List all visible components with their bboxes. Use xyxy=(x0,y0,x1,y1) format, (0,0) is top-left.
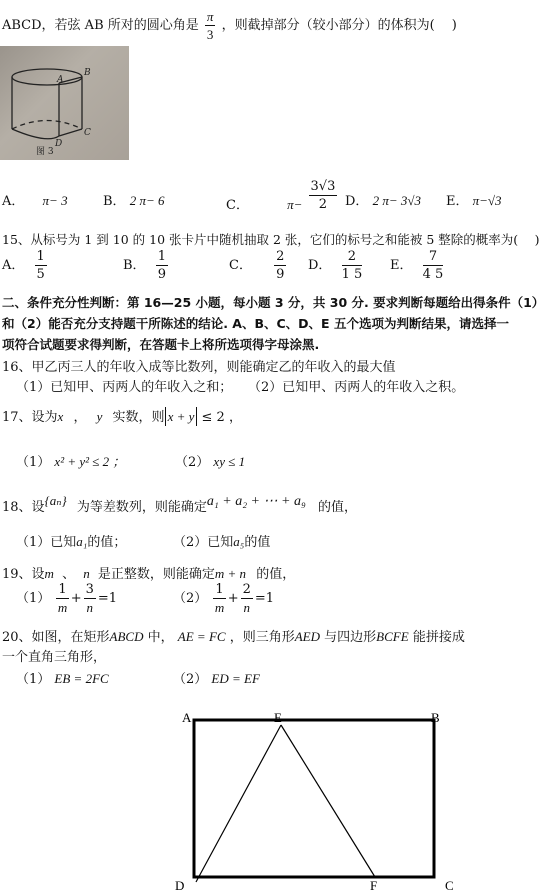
rhs: =1 xyxy=(98,591,117,606)
option-letter: B． xyxy=(103,194,126,209)
section2-line2: 和（2）能否充分支持题干所陈述的结论. A、B、C、D、E 五个选项为判断结果，… xyxy=(2,314,509,332)
q17-cond1: （1） x² + y² ≤ 2 ； xyxy=(16,451,125,470)
operator: + xyxy=(228,591,239,606)
q14-stem-tail: ，则截掉部分（较小部分）的体积为( ) xyxy=(222,18,457,33)
q14-angle-num: π xyxy=(205,10,216,26)
cond-expr: x² + y² ≤ 2 ； xyxy=(54,454,125,469)
q15-option-a: A． 1 5 xyxy=(2,250,49,281)
q16-cond1: （1）已知甲、丙两人的年收入之和； xyxy=(16,376,232,395)
option-letter: D． xyxy=(308,258,331,273)
q18-stem: 18、设{aₙ} 为等差数列，则能确定a₁ + a₂ + ⋯ + a₉ 的值， xyxy=(2,496,357,516)
var-m: m xyxy=(45,566,54,581)
var-y: y xyxy=(97,409,103,424)
rectangle-figure: A E B D F C xyxy=(160,700,460,894)
frac-num: 2 xyxy=(241,583,253,599)
cond-var: a₁ xyxy=(76,534,87,549)
cylinder-figure: A B C D 图 3 xyxy=(0,46,129,160)
label-B: B xyxy=(431,710,440,725)
cond-expr: xy ≤ 1 xyxy=(213,454,245,469)
option-fraction: 2 9 xyxy=(274,250,286,281)
frac-den: 9 xyxy=(274,266,286,281)
cond-prefix: （1）已知 xyxy=(16,535,76,550)
rect-name: ABCD xyxy=(110,629,144,644)
label-D: D xyxy=(175,878,184,893)
q15-option-d: D． 2 1 5 xyxy=(308,250,364,281)
figure-caption: 图 3 xyxy=(36,146,54,157)
frac-num: 2 xyxy=(342,250,363,266)
q18-cond2: （2）已知a₅的值 xyxy=(173,531,270,550)
q20-stem: 20、如图，在矩形ABCD 中， AE = FC ，则三角形AED 与四边形BC… xyxy=(2,626,465,645)
frac-den: m xyxy=(56,599,68,614)
cond-label: （2） xyxy=(173,672,207,687)
option-expr: π− 3 xyxy=(43,193,68,208)
q20-stem-prefix: 20、如图，在矩形 xyxy=(2,630,110,645)
frac-den: 1 5 xyxy=(342,266,363,281)
q20-stem-mid1: 中， xyxy=(148,630,174,645)
option-letter: E． xyxy=(446,194,469,209)
label-C: C xyxy=(84,128,91,138)
frac-num: 3 xyxy=(84,583,96,599)
option-letter: E． xyxy=(390,258,413,273)
cond-var: a₅ xyxy=(233,534,244,549)
q20-line2: 一个直角三角形， xyxy=(2,646,106,665)
q17-stem-mid: 实数，则 xyxy=(113,410,165,425)
label-A: A xyxy=(182,710,192,725)
q17-stem-tail: ≤ 2 ， xyxy=(202,410,242,425)
cond-label: （1） xyxy=(16,455,50,470)
label-B: B xyxy=(83,68,91,78)
q16-cond2: （2）已知甲、丙两人的年收入之积。 xyxy=(248,376,464,395)
q15-option-c: C． 2 9 xyxy=(229,250,288,281)
frac-num: 2 xyxy=(274,250,286,266)
option-expr: 2 π− 3√3 xyxy=(373,193,421,208)
cond-fraction-2: 3 n xyxy=(84,583,96,614)
option-expr-prefix: π− xyxy=(287,197,302,212)
frac-num: 1 xyxy=(56,583,68,599)
operator: + xyxy=(71,591,82,606)
cond-tail: 的值； xyxy=(87,535,126,550)
frac-den: 9 xyxy=(156,266,168,281)
q19-stem-tail: 的值， xyxy=(256,567,295,582)
q20-stem-tail: 能拼接成 xyxy=(413,630,465,645)
option-letter: C． xyxy=(229,258,252,273)
separator: ， xyxy=(73,410,86,425)
separator: 、 xyxy=(62,567,75,582)
label-D: D xyxy=(54,139,62,149)
q14-cylinder-photo: A B C D 图 3 xyxy=(0,46,129,160)
option-expr: 2 π− 6 xyxy=(130,193,165,208)
cond-expr: ED = EF xyxy=(211,671,259,686)
q18-stem-prefix: 18、设 xyxy=(2,500,45,515)
frac-den: 2 xyxy=(309,196,338,211)
given-condition: AE = FC xyxy=(178,629,226,644)
cond-tail: 的值 xyxy=(244,535,270,550)
q20-cond1: （1） EB = 2FC xyxy=(16,668,109,687)
q20-stem-mid3: 与四边形 xyxy=(324,630,376,645)
cond-label: （1） xyxy=(16,591,50,606)
q14-angle-den: 3 xyxy=(205,26,216,41)
frac-num: 1 xyxy=(35,250,47,266)
quad-name: BCFE xyxy=(376,629,409,644)
q15-stem: 15、从标号为 1 到 10 的 10 张卡片中随机抽取 2 张，它们的标号之和… xyxy=(2,230,540,248)
var-n: n xyxy=(83,566,90,581)
q17-cond2: （2） xy ≤ 1 xyxy=(175,451,245,470)
option-letter: C． xyxy=(226,198,249,213)
frac-num: 7 xyxy=(423,250,444,266)
cond-label: （1） xyxy=(16,672,50,687)
q14-option-c: C． π− 3√3 2 xyxy=(226,178,339,209)
section2-line3: 项符合试题要求得判断，在答题卡上将所选项得字母涂黑. xyxy=(2,335,319,353)
option-letter: A． xyxy=(2,258,24,273)
frac-num: 1 xyxy=(213,583,225,599)
q14-angle-fraction: π 3 xyxy=(205,10,216,41)
frac-num: 1 xyxy=(156,250,168,266)
section2-line1: 二、条件充分性判断：第 16—25 小题，每小题 3 分，共 30 分. 要求判… xyxy=(2,293,544,311)
q19-cond1: （1） 1 m + 3 n =1 xyxy=(16,583,117,614)
cond-expr: EB = 2FC xyxy=(54,671,108,686)
rhs: =1 xyxy=(255,591,274,606)
cond-prefix: （2）已知 xyxy=(173,535,233,550)
option-c-fraction: 3√3 2 xyxy=(309,180,338,211)
q18-stem-tail: 的值， xyxy=(318,500,357,515)
label-F: F xyxy=(370,878,377,893)
q20-stem-mid2: ，则三角形 xyxy=(230,630,295,645)
cond-label: （2） xyxy=(173,591,207,606)
q17-stem-prefix: 17、设为 xyxy=(2,410,58,425)
frac-den: n xyxy=(84,599,96,614)
option-letter: B． xyxy=(123,258,146,273)
var-x: x xyxy=(58,409,64,424)
cond-label: （2） xyxy=(175,455,209,470)
q19-stem: 19、设m 、 n 是正整数，则能确定m + n 的值， xyxy=(2,563,295,582)
q14-option-d: D． 2 π− 3√3 xyxy=(345,190,421,209)
q19-cond2: （2） 1 m + 2 n =1 xyxy=(173,583,274,614)
q15-option-e: E． 7 4 5 xyxy=(390,250,445,281)
q18-stem-mid: 为等差数列，则能确定 xyxy=(77,500,207,515)
triangle-name: AED xyxy=(295,629,320,644)
sequence-symbol: {aₙ} xyxy=(45,493,67,508)
option-letter: A． xyxy=(2,194,24,209)
option-fraction: 1 9 xyxy=(156,250,168,281)
q17-stem: 17、设为x ， y 实数，则x + y ≤ 2 ， xyxy=(2,406,242,425)
abs-expression: x + y xyxy=(165,407,198,426)
q14-option-b: B． 2 π− 6 xyxy=(103,190,165,209)
q19-stem-prefix: 19、设 xyxy=(2,567,45,582)
option-fraction: 1 5 xyxy=(35,250,47,281)
q14-stem-text: ABCD，若弦 AB 所对的圆心角是 xyxy=(2,18,199,33)
q14-option-a: A． π− 3 xyxy=(2,190,68,209)
sum-expression: m + n xyxy=(215,566,246,581)
q19-stem-mid: 是正整数，则能确定 xyxy=(98,567,215,582)
sum-expression: a₁ + a₂ + ⋯ + a₉ xyxy=(207,494,306,509)
frac-den: n xyxy=(241,599,253,614)
label-A: A xyxy=(56,75,64,85)
q14-stem: ABCD，若弦 AB 所对的圆心角是 π 3 ，则截掉部分（较小部分）的体积为(… xyxy=(2,10,457,41)
cond-fraction-2: 2 n xyxy=(241,583,253,614)
frac-den: 4 5 xyxy=(423,266,444,281)
q14-option-e: E． π−√3 xyxy=(446,190,502,209)
option-expr: π−√3 xyxy=(473,193,502,208)
cond-fraction-1: 1 m xyxy=(213,583,225,614)
label-E: E xyxy=(274,710,282,725)
cond-fraction-1: 1 m xyxy=(56,583,68,614)
q16-stem: 16、甲乙丙三人的年收入成等比数列，则能确定乙的年收入的最大值 xyxy=(2,356,396,375)
label-C: C xyxy=(445,878,454,893)
q18-cond1: （1）已知a₁的值； xyxy=(16,531,126,550)
frac-num: 3√3 xyxy=(309,180,338,196)
q15-option-b: B． 1 9 xyxy=(123,250,170,281)
option-fraction: 2 1 5 xyxy=(342,250,363,281)
q20-cond2: （2） ED = EF xyxy=(173,668,260,687)
frac-den: 5 xyxy=(35,266,47,281)
option-fraction: 7 4 5 xyxy=(423,250,444,281)
option-letter: D． xyxy=(345,194,368,209)
frac-den: m xyxy=(213,599,225,614)
